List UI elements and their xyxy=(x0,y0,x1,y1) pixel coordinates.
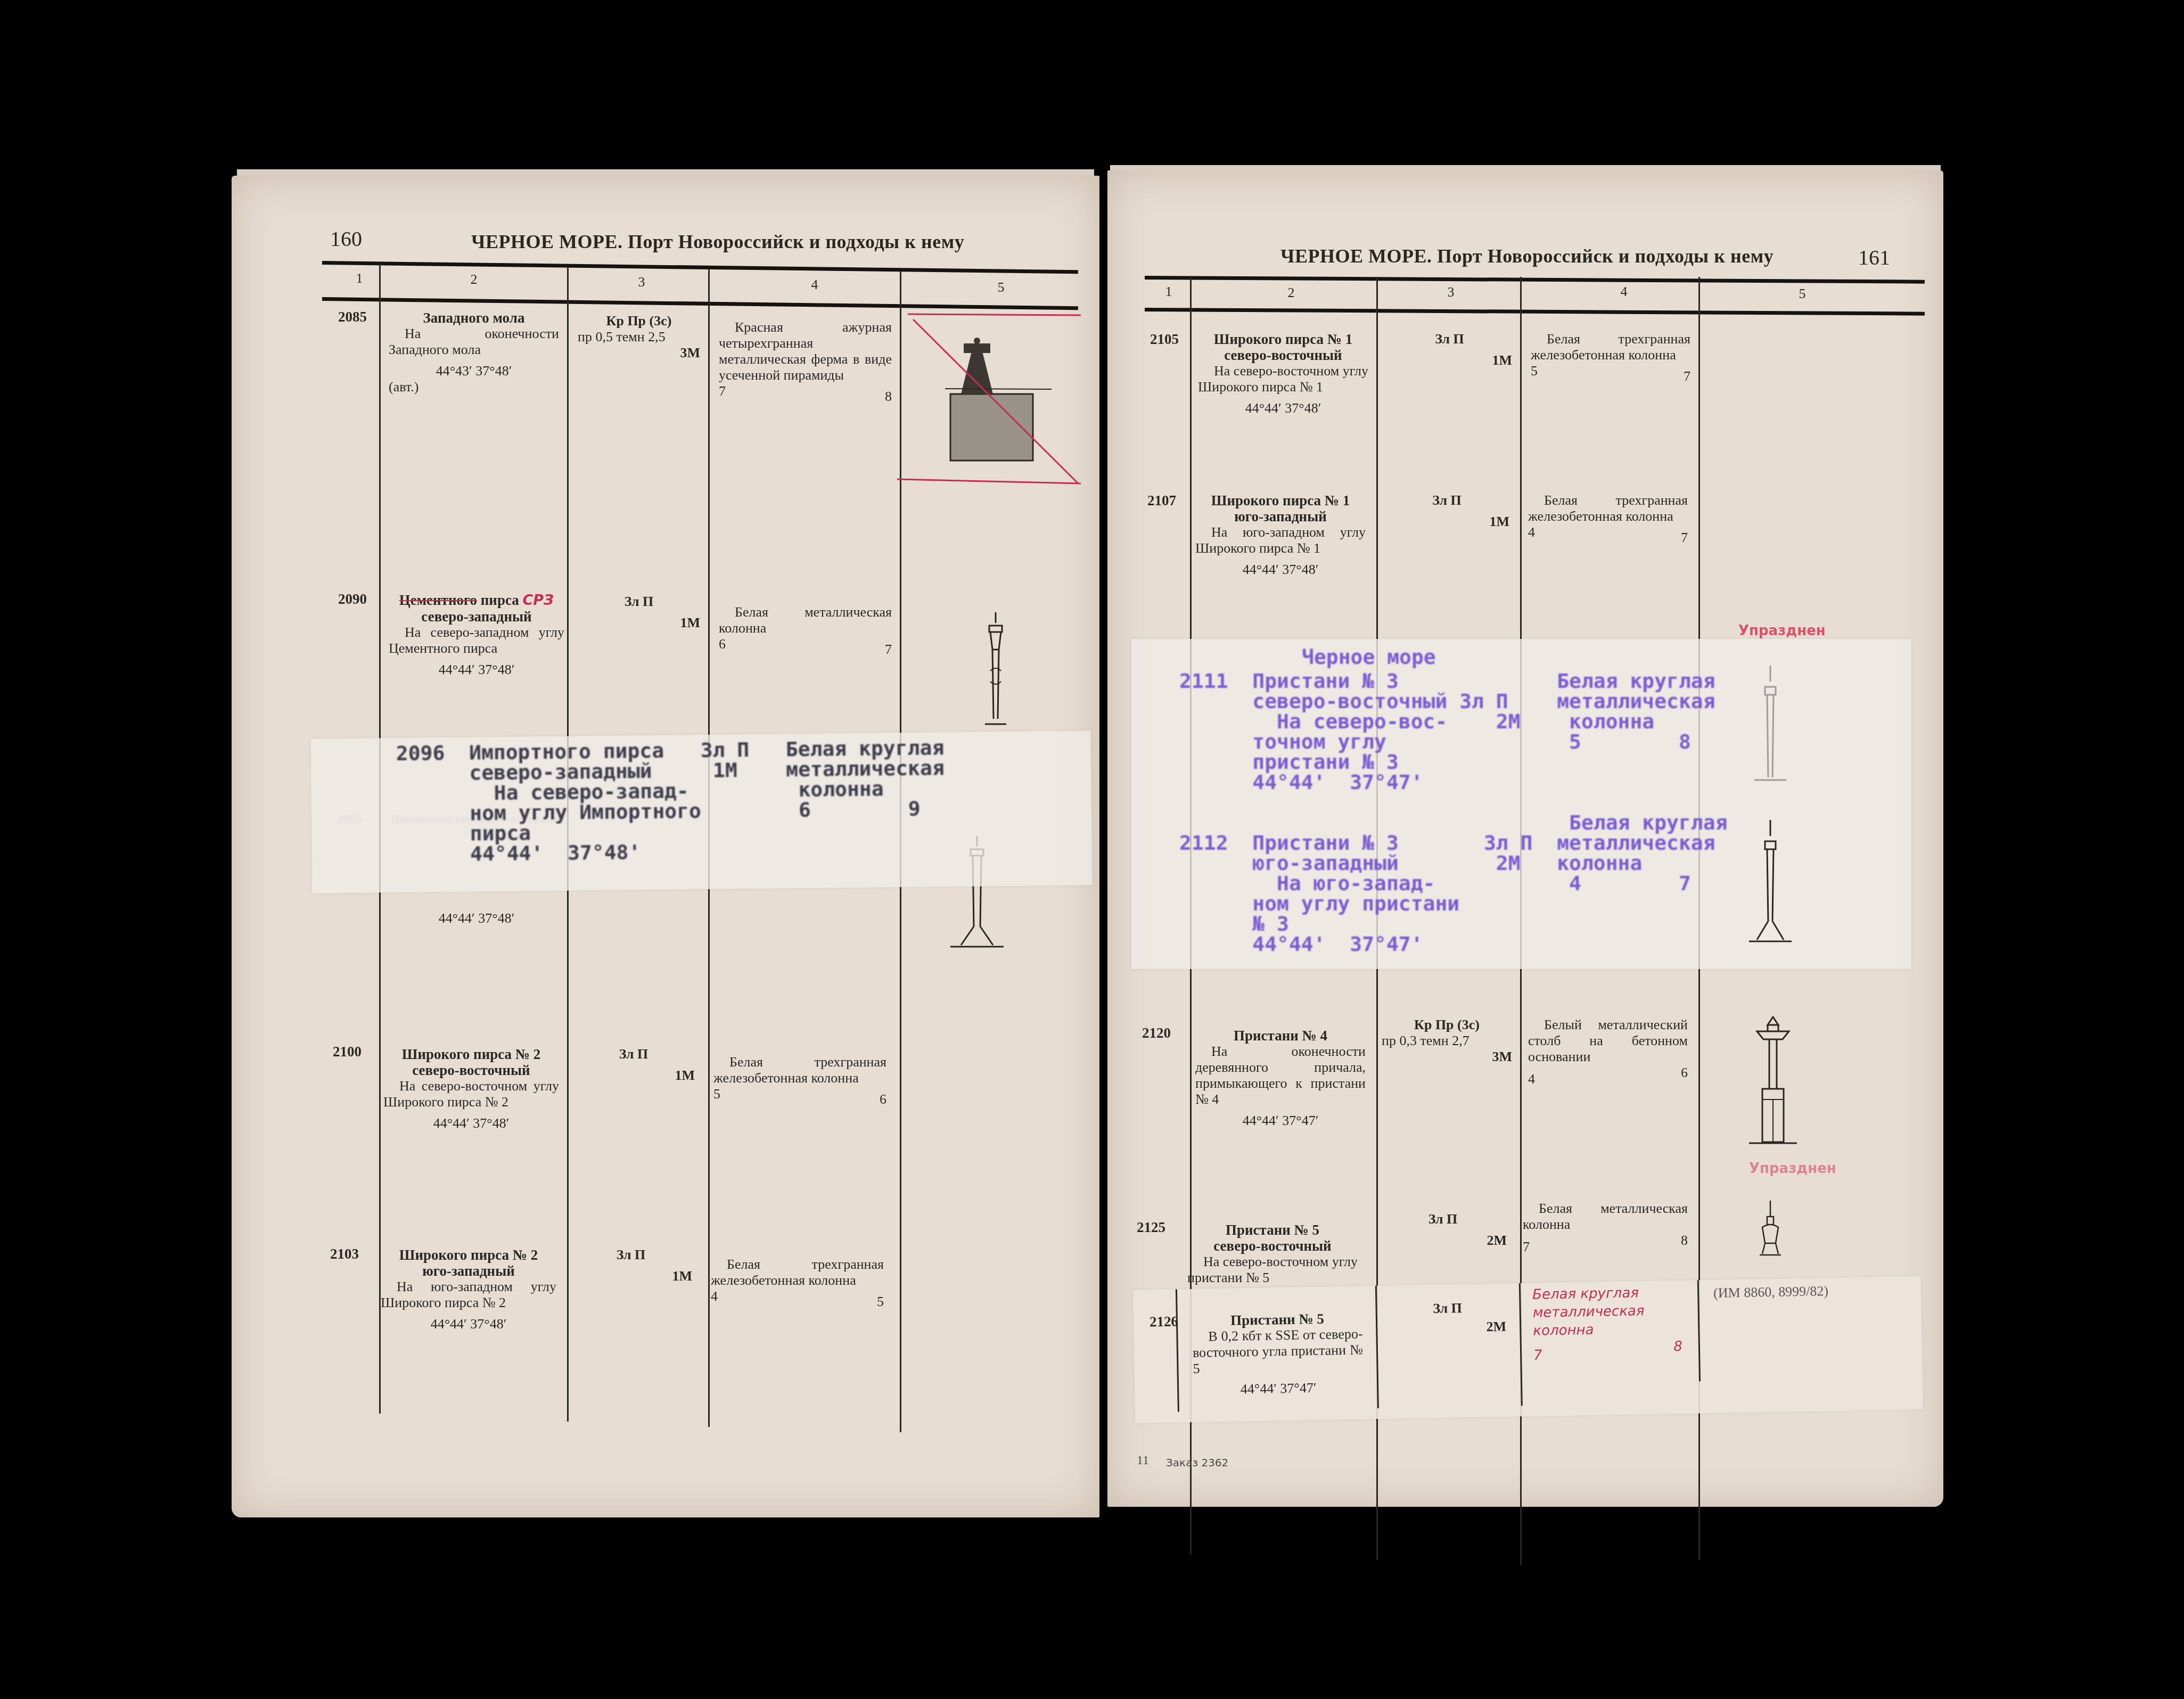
entry-name-column: Широкого пирса № 2 северо-восточный На с… xyxy=(383,1046,559,1131)
entry-location: В 0,2 кбт к SSE от северо-восточного угл… xyxy=(1192,1326,1364,1377)
entry-light: Кр Пр (3с) xyxy=(1382,1017,1512,1033)
column-number-3: 3 xyxy=(634,274,650,290)
column-beacon-icon xyxy=(1738,666,1802,793)
entry-height-left: 4 xyxy=(1528,524,1535,546)
entry-structure-column: Белая трехгранная железобетонная колонна… xyxy=(713,1054,886,1107)
entry-name-column: Пристани № 5 северо-восточный На северо-… xyxy=(1187,1222,1358,1286)
entry-light: Зл П xyxy=(1389,1300,1506,1318)
entry-name: Пристани № 5 xyxy=(1187,1222,1358,1238)
entry-name: Пристани № 4 xyxy=(1195,1028,1366,1044)
entry-coords: 44°44′ 37°48′ xyxy=(1195,562,1366,578)
entry-number: 2105 xyxy=(1150,331,1179,348)
print-order-number: Заказ 2362 xyxy=(1166,1456,1228,1469)
entry-height-right: 6 xyxy=(1681,1065,1688,1087)
entry-light: Кр Пр (3с) xyxy=(578,313,700,329)
entry-name-line2: северо-западный xyxy=(389,609,564,625)
metal-post-on-base-icon xyxy=(1744,1017,1802,1155)
notice-reference: (ИМ 8860, 8999/82) xyxy=(1713,1283,1828,1301)
entry-location: На юго-западном углу Широкого пирса № 2 xyxy=(381,1279,556,1311)
entry-name-column: Западного мола На оконечности Западного … xyxy=(389,310,559,395)
page-number: 161 xyxy=(1858,245,1890,270)
entry-height-right: 6 xyxy=(880,1091,886,1107)
entry-range: 1М xyxy=(570,1268,692,1284)
entry-range: 2М xyxy=(1379,1233,1507,1249)
entry-coords: 44°44′ 37°48′ xyxy=(389,662,564,678)
entry-range: 3М xyxy=(1382,1049,1512,1065)
entry-location: На северо-западном углу Цементного пирса xyxy=(389,625,564,656)
header-rule-bottom xyxy=(322,297,1078,310)
column-number-2: 2 xyxy=(1283,285,1299,301)
entry-height-left: 4 xyxy=(1528,1071,1535,1087)
entry-name-column: Пристани № 4 На оконечности деревянного … xyxy=(1195,1028,1366,1129)
entry-height-right: 8 xyxy=(885,389,892,405)
entry-light-column: Зл П 2М xyxy=(1389,1300,1506,1337)
entry-structure-column: Белая трехгранная железобетонная колонна… xyxy=(1528,493,1688,546)
entry-height-left: 5 xyxy=(1531,363,1538,384)
column-divider xyxy=(1375,1286,1379,1408)
entry-height-right: 8 xyxy=(1673,1337,1682,1362)
entry-light-column: Зл П 1М xyxy=(578,594,700,631)
entry-light: Зл П xyxy=(1387,331,1512,347)
column-number-1: 1 xyxy=(351,270,367,286)
right-page: ЧЕРНОЕ МОРЕ. Порт Новороссийск и подходы… xyxy=(1107,170,1943,1507)
entry-structure: Белая трехгранная железобетонная колонна xyxy=(1531,331,1690,363)
abolished-stamp: Упразднен xyxy=(1749,1161,1836,1177)
pasted-correction-slip: 2096 Импортного пирса Зл П Белая круглая… xyxy=(311,731,1093,893)
entry-name-column: Цементного пирса СРЗ северо-западный На … xyxy=(389,592,564,678)
entry-height-left: 6 xyxy=(719,636,726,658)
column-number-5: 5 xyxy=(993,280,1009,296)
column-number-5: 5 xyxy=(1794,286,1810,302)
entry-light-detail: пр 0,3 темн 2,7 xyxy=(1382,1033,1512,1049)
entry-location: На оконечности Западного мола xyxy=(389,326,559,358)
entry-height-left: 7 xyxy=(1523,1239,1530,1255)
entry-structure-column: Белая металлическая колонна 67 xyxy=(719,604,892,658)
entry-light: Зл П xyxy=(578,594,700,610)
column-beacon-icon xyxy=(1738,820,1802,948)
entry-coords: 44°44′ 37°48′ xyxy=(389,910,564,926)
entry-number: 2085 xyxy=(338,309,367,325)
entry-name-line2: юго-западный xyxy=(1195,508,1366,524)
header-rule-bottom xyxy=(1145,308,1925,316)
lighthouse-pyramid-icon xyxy=(908,314,1089,485)
entry-height-right: 7 xyxy=(1684,368,1690,384)
entry-structure: Красная ажурная четырехгранная металличе… xyxy=(719,319,892,383)
entry-number: 2103 xyxy=(330,1246,359,1262)
column-number-1: 1 xyxy=(1161,284,1177,300)
entry-number: 2126 xyxy=(1150,1313,1179,1330)
entry-light-column: Кр Пр (3с) пр 0,3 темн 2,7 3М xyxy=(1382,1017,1512,1065)
entry-number: 2100 xyxy=(333,1044,362,1060)
entry-name: Широкого пирса № 1 xyxy=(1198,331,1368,347)
entry-light: Зл П xyxy=(572,1046,695,1062)
entry-range: 1М xyxy=(1387,352,1512,368)
pasted-correction-slip: Черное море 2111 Пристани № 3 Белая круг… xyxy=(1131,639,1911,969)
entry-range: 3М xyxy=(578,345,700,361)
entry-structure-column: Красная ажурная четырехгранная металличе… xyxy=(719,319,892,405)
entry-structure-column: Белая трехгранная железобетонная колонна… xyxy=(1531,331,1690,384)
column-number-2: 2 xyxy=(466,272,482,288)
running-title: ЧЕРНОЕ МОРЕ. Порт Новороссийск и подходы… xyxy=(471,231,964,253)
entry-light-column: Зл П 1М xyxy=(570,1247,692,1284)
entry-structure: Белая металлическая колонна xyxy=(719,604,892,636)
entry-structure-column: Белая металлическая колонна 78 xyxy=(1523,1201,1688,1255)
entry-name: Широкого пирса № 2 xyxy=(383,1046,559,1062)
entry-height-right: 7 xyxy=(1681,530,1688,546)
column-number-4: 4 xyxy=(1616,284,1632,300)
entry-number: 2090 xyxy=(338,591,367,608)
entry-location: На юго-западном углу Широкого пирса № 1 xyxy=(1195,524,1366,556)
entry-light: Зл П xyxy=(1379,1211,1507,1227)
entry-name-column: Широкого пирса № 2 юго-западный На юго-з… xyxy=(381,1247,556,1332)
abolished-stamp: Упразднен xyxy=(1738,623,1826,639)
entry-light-column: Зл П 2М xyxy=(1379,1211,1507,1249)
entry-height-left: 7 xyxy=(719,383,726,405)
typed-correction-text: 2111 Пристани № 3 Белая круглая северо-в… xyxy=(1179,671,1728,954)
column-number-4: 4 xyxy=(807,277,823,293)
column-divider xyxy=(1176,1289,1179,1411)
entry-structure: Белая трехгранная железобетонная колонна xyxy=(713,1054,886,1086)
entry-light: Зл П xyxy=(570,1247,692,1263)
entry-coords: 44°43′ 37°48′ xyxy=(389,363,559,379)
entry-name: пирса xyxy=(477,592,519,608)
left-page: 160 ЧЕРНОЕ МОРЕ. Порт Новороссийск и под… xyxy=(232,176,1099,1517)
entry-height-right: 8 xyxy=(1681,1233,1688,1255)
entry-structure: Белая трехгранная железобетонная колонна xyxy=(711,1257,884,1288)
entry-location: На северо-восточном углу Широкого пирса … xyxy=(1198,363,1368,395)
entry-coords: 44°44′ 37°47′ xyxy=(1193,1379,1364,1398)
entry-number: 2107 xyxy=(1147,493,1176,509)
entry-light-column: Зл П 1М xyxy=(572,1046,695,1084)
entry-height-left: 5 xyxy=(713,1086,720,1107)
entry-light-column: Кр Пр (3с) пр 0,5 темн 2,5 3М xyxy=(578,313,700,361)
entry-structure: Белая трехгранная железобетонная колонна xyxy=(1528,493,1688,524)
column-divider xyxy=(1697,1280,1701,1381)
entry-note: (авт.) xyxy=(389,379,559,395)
header-rule-top xyxy=(322,261,1078,274)
entry-number: 2120 xyxy=(1142,1025,1171,1041)
entry-name-column: 44°44′ 37°48′ xyxy=(389,905,564,926)
entry-structure: Белая металлическая колонна xyxy=(1523,1201,1688,1233)
entry-name-column: Пристани № 5 В 0,2 кбт к SSE от северо-в… xyxy=(1192,1310,1364,1398)
signature-mark: 11 xyxy=(1137,1454,1149,1468)
entry-number: 2125 xyxy=(1137,1219,1165,1236)
entry-coords: 44°44′ 37°48′ xyxy=(383,1115,559,1131)
entry-range: 2М xyxy=(1389,1319,1506,1337)
entry-name-line2: северо-восточный xyxy=(1187,1238,1358,1254)
small-column-beacon-icon xyxy=(1749,1201,1792,1259)
entry-location: На северо-восточном углу пристани № 5 xyxy=(1187,1254,1358,1286)
entry-height-left: 4 xyxy=(711,1288,718,1310)
typed-correction-text: 2096 Импортного пирса Зл П Белая круглая… xyxy=(396,737,946,865)
header-rule-top xyxy=(1145,276,1925,284)
entry-location: На северо-восточном углу Широкого пирса … xyxy=(383,1078,559,1110)
page-number: 160 xyxy=(330,226,362,251)
column-divider xyxy=(1519,1283,1523,1406)
entry-name-column: Широкого пирса № 1 северо-восточный На с… xyxy=(1198,331,1368,416)
entry-name: Широкого пирса № 1 xyxy=(1195,493,1366,508)
entry-name-line2: северо-восточный xyxy=(383,1062,559,1078)
entry-name: Западного мола xyxy=(389,310,559,326)
entry-structure-handwritten: Белая круглая металлическая колонна xyxy=(1532,1283,1682,1340)
entry-structure: Белый металлический столб на бетонном ос… xyxy=(1528,1017,1688,1065)
entry-location: На оконечности деревянного причала, прим… xyxy=(1195,1044,1366,1107)
entry-coords: 44°44′ 37°47′ xyxy=(1195,1113,1366,1129)
entry-height-right: 7 xyxy=(885,642,892,658)
entry-light-column: Зл П 1М xyxy=(1384,493,1509,530)
entry-structure-column: Белый металлический столб на бетонном ос… xyxy=(1528,1017,1688,1087)
entry-light-column: Зл П 1М xyxy=(1387,331,1512,368)
entry-height-right: 5 xyxy=(877,1294,884,1310)
entry-coords: 44°44′ 37°48′ xyxy=(1198,400,1368,416)
entry-structure-column: Белая трехгранная железобетонная колонна… xyxy=(711,1257,884,1310)
entry-coords: 44°44′ 37°48′ xyxy=(381,1316,556,1332)
entry-name-column: Широкого пирса № 1 юго-западный На юго-з… xyxy=(1195,493,1366,578)
entry-range: 1М xyxy=(572,1068,695,1084)
entry-range: 1М xyxy=(1384,514,1509,530)
entry-name-line2: юго-западный xyxy=(381,1263,556,1279)
column-beacon-icon xyxy=(974,612,1017,735)
entry-height-left: 7 xyxy=(1533,1347,1542,1365)
entry-name-line2: северо-восточный xyxy=(1198,347,1368,363)
handwritten-correction: СРЗ xyxy=(522,592,554,609)
pasted-entry-slip: 2126 Пристани № 5 В 0,2 кбт к SSE от сев… xyxy=(1133,1276,1923,1423)
entry-light-detail: пр 0,5 темн 2,5 xyxy=(578,329,700,345)
entry-name: Широкого пирса № 2 xyxy=(381,1247,556,1263)
running-title: ЧЕРНОЕ МОРЕ. Порт Новороссийск и подходы… xyxy=(1280,245,1774,267)
entry-range: 1М xyxy=(578,615,700,631)
handwritten-structure: Белая круглая металлическая колонна 78 xyxy=(1532,1283,1683,1365)
struck-name: Цементного xyxy=(399,592,477,608)
entry-light: Зл П xyxy=(1384,493,1509,508)
typed-slip-header: Черное море xyxy=(1302,647,1436,667)
column-number-3: 3 xyxy=(1443,284,1459,300)
